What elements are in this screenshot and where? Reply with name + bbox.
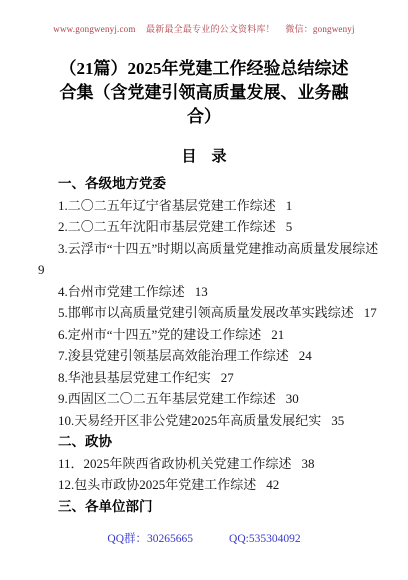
toc-item: 5.邯郸市以高质量党建引领高质量发展改革实践综述17 <box>28 302 390 324</box>
toc-item-text: 8.华池县基层党建工作纪实 <box>58 370 211 385</box>
toc-item: 10.天易经开区非公党建2025年高质量发展纪实35 <box>28 410 390 432</box>
toc-item-page: 24 <box>299 348 312 363</box>
toc-item-text: 5.邯郸市以高质量党建引领高质量发展改革实践综述 <box>58 305 354 320</box>
toc-item-page: 42 <box>266 477 279 492</box>
toc-item-page: 30 <box>286 391 299 406</box>
toc-item: 7.浚县党建引领基层高效能治理工作综述24 <box>28 345 390 367</box>
toc-title: 目 录 <box>0 146 408 168</box>
toc-item-text: 6.定州市“十四五”党的建设工作综述 <box>58 327 261 342</box>
toc-item-text: 3.云浮市“十四五”时期以高质量党建推动高质量发展综述 <box>58 241 378 256</box>
toc-item-page: 21 <box>271 327 284 342</box>
toc-item-text: 11．2025年陕西省政协机关党建工作综述 <box>58 456 292 471</box>
toc-item: 6.定州市“十四五”党的建设工作综述21 <box>28 324 390 346</box>
toc-item: 9.西固区二〇二五年基层党建工作综述30 <box>28 388 390 410</box>
toc-item: 8.华池县基层党建工作纪实27 <box>28 367 390 389</box>
toc-item-text: 4.台州市党建工作综述 <box>58 284 185 299</box>
page-footer: QQ群：30265665QQ:535304092 <box>0 532 408 547</box>
toc-item-page: 1 <box>286 198 293 213</box>
toc-item-text: 2.二〇二五年沈阳市基层党建工作综述 <box>58 219 276 234</box>
toc-item-page: 38 <box>302 456 315 471</box>
document-page: www.gongwenyj.com 最新最全最专业的公文资料库！ 微信：gong… <box>0 0 408 580</box>
toc-item: 3.云浮市“十四五”时期以高质量党建推动高质量发展综述9 <box>28 238 390 281</box>
qq-number: QQ:535304092 <box>229 533 301 545</box>
toc-item-page: 5 <box>286 219 293 234</box>
site-url: www.gongwenyj.com <box>53 24 135 34</box>
toc-item-page: 13 <box>195 284 208 299</box>
document-title: （21篇）2025年党建工作经验总结综述合集（含党建引领高质量发展、业务融合） <box>52 57 356 129</box>
toc-item-page: 27 <box>221 370 234 385</box>
wechat-info: 微信：gongwenyj <box>285 24 354 34</box>
toc-item-page: 9 <box>38 262 45 277</box>
toc-item-text: 1.二〇二五年辽宁省基层党建工作综述 <box>58 198 276 213</box>
site-slogan: 最新最全最专业的公文资料库！ <box>146 24 275 34</box>
toc-item: 2.二〇二五年沈阳市基层党建工作综述5 <box>28 216 390 238</box>
toc-item-text: 9.西固区二〇二五年基层党建工作综述 <box>58 391 276 406</box>
toc: 一、各级地方党委 1.二〇二五年辽宁省基层党建工作综述1 2.二〇二五年沈阳市基… <box>0 173 408 517</box>
toc-section-heading: 一、各级地方党委 <box>28 173 390 195</box>
toc-section-heading: 三、各单位部门 <box>28 496 390 518</box>
toc-item-text: 12.包头市政协2025年党建工作综述 <box>58 477 256 492</box>
toc-item-text: 7.浚县党建引领基层高效能治理工作综述 <box>58 348 289 363</box>
site-header: www.gongwenyj.com 最新最全最专业的公文资料库！ 微信：gong… <box>0 23 408 35</box>
toc-item: 12.包头市政协2025年党建工作综述42 <box>28 474 390 496</box>
toc-section-heading: 二、政协 <box>28 431 390 453</box>
toc-item-page: 17 <box>364 305 377 320</box>
toc-item: 1.二〇二五年辽宁省基层党建工作综述1 <box>28 195 390 217</box>
qq-group-number: QQ群：30265665 <box>107 533 193 545</box>
toc-item: 4.台州市党建工作综述13 <box>28 281 390 303</box>
toc-item-page: 35 <box>331 413 344 428</box>
toc-item-text: 10.天易经开区非公党建2025年高质量发展纪实 <box>58 413 321 428</box>
toc-item: 11．2025年陕西省政协机关党建工作综述38 <box>28 453 390 475</box>
